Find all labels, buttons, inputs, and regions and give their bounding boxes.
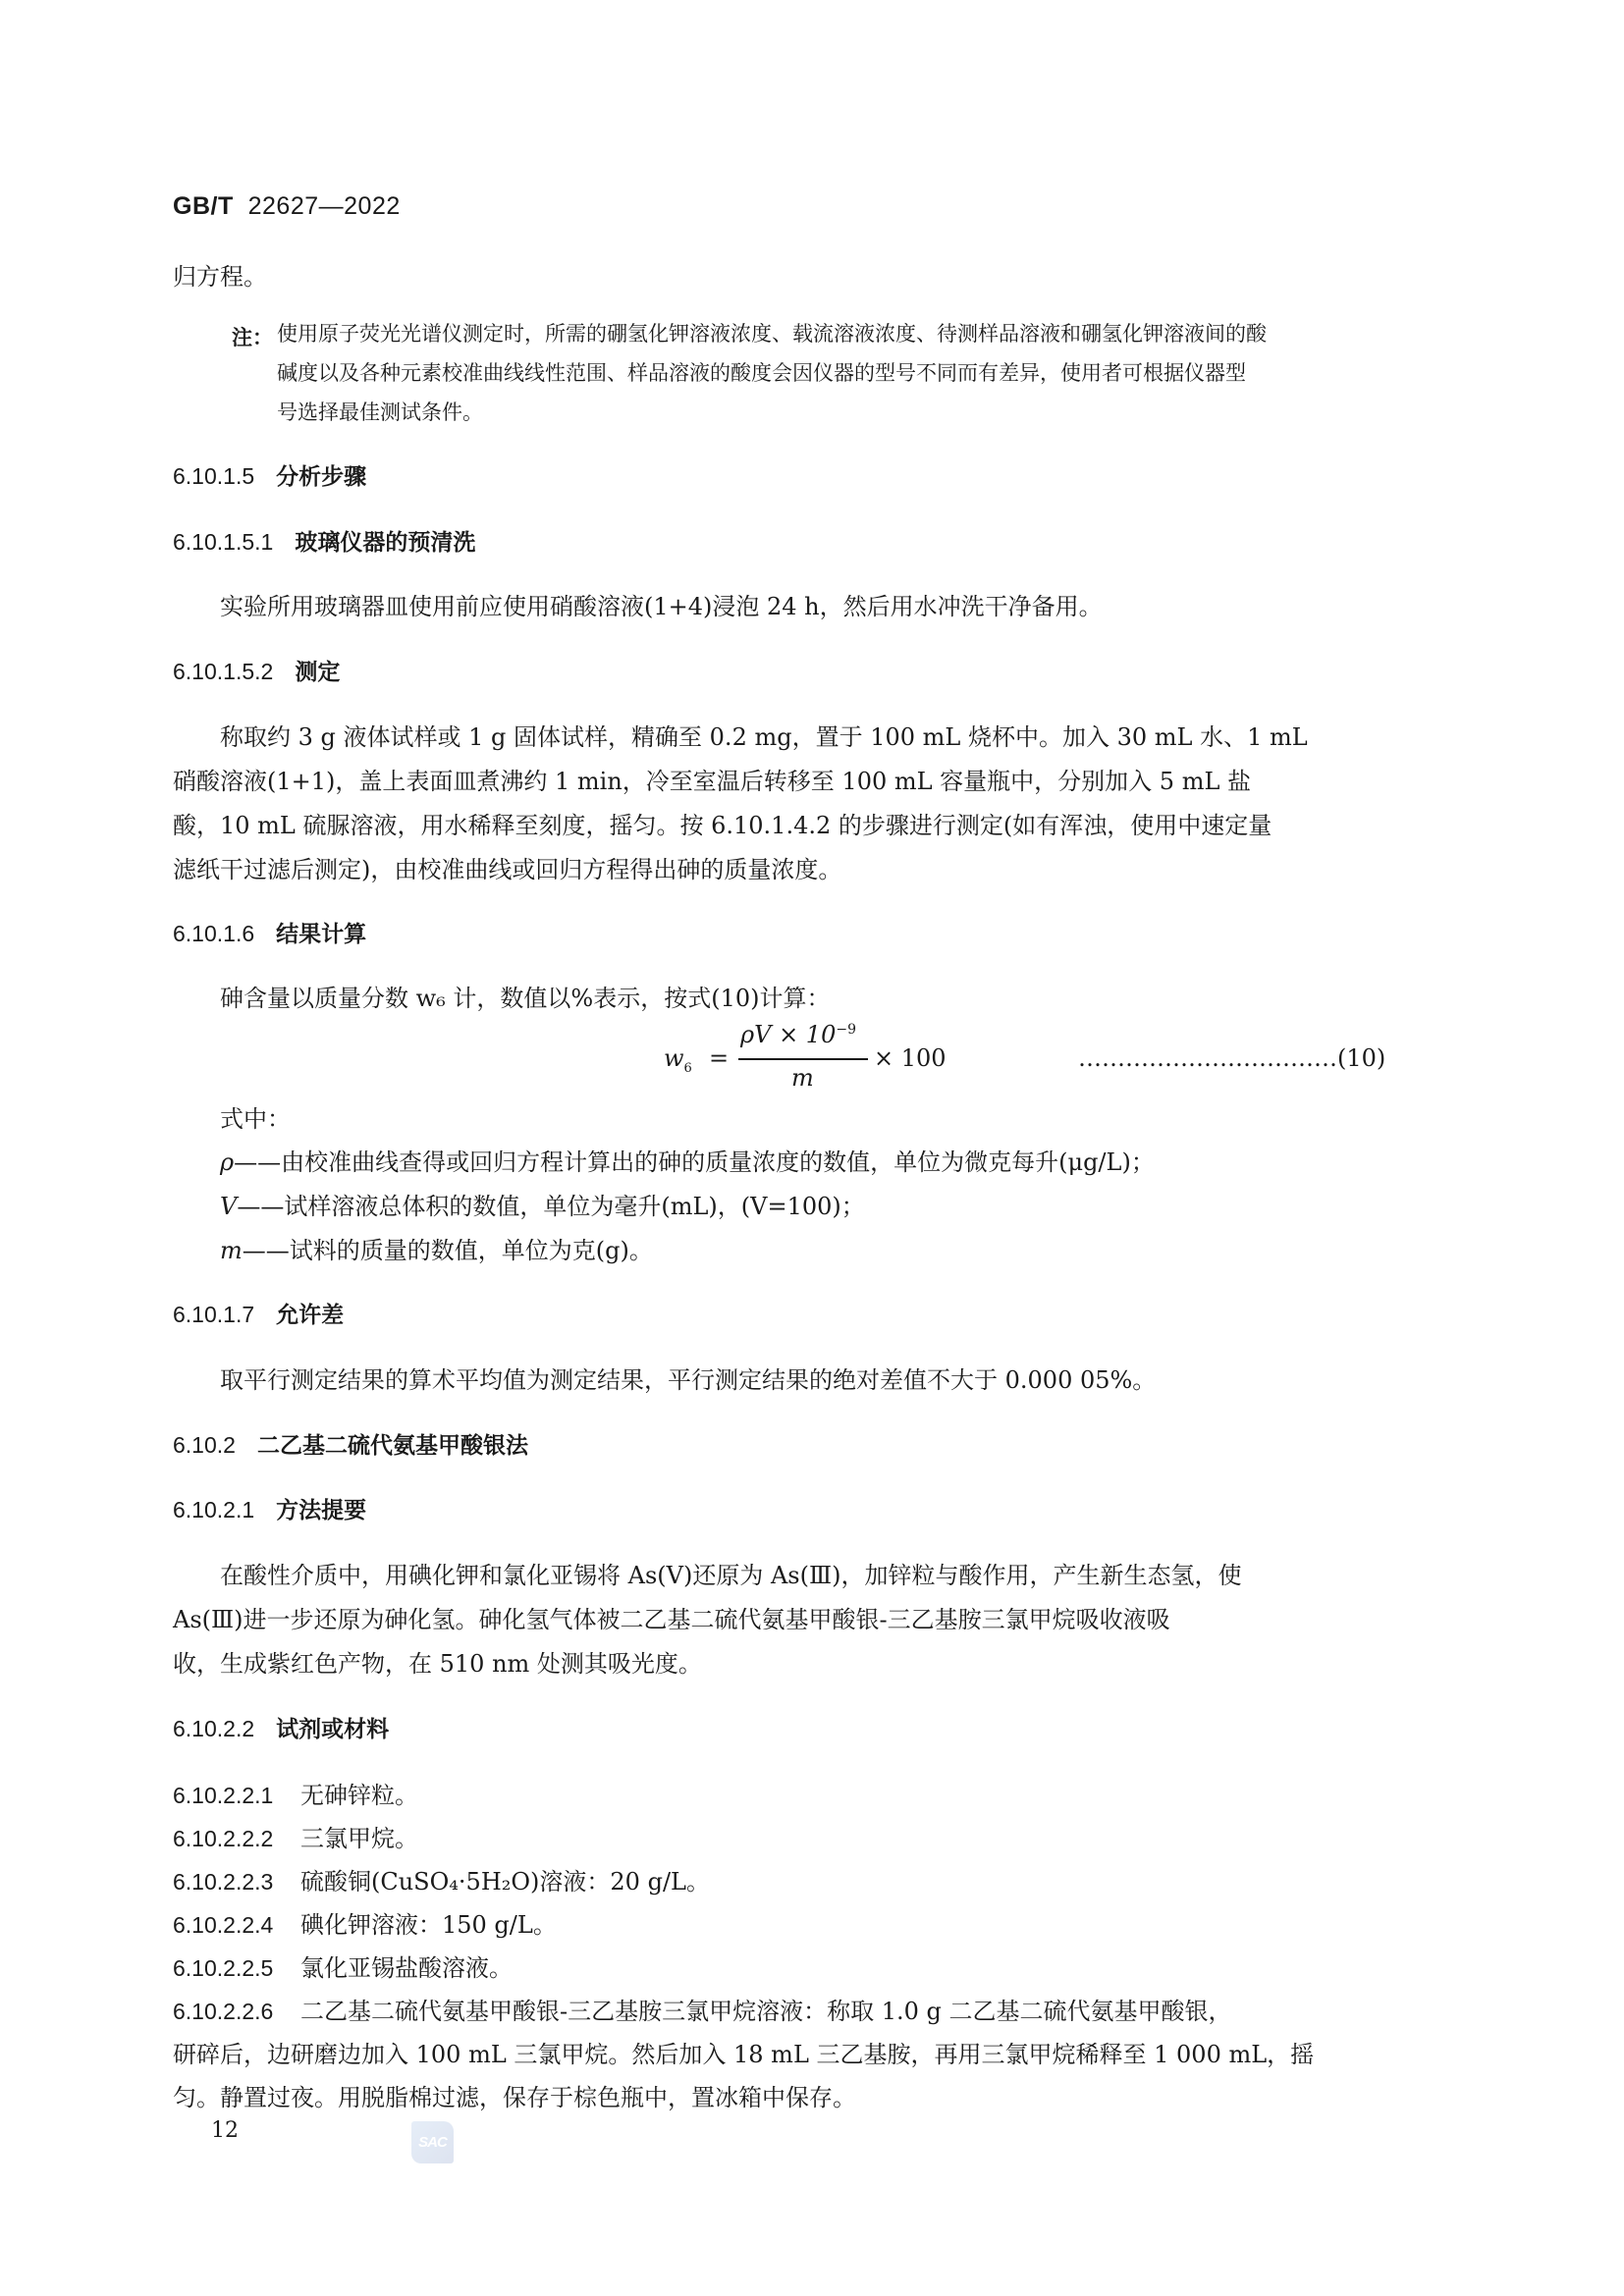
- section-number: 6.10.2.2: [173, 1713, 254, 1744]
- section-title: 玻璃仪器的预清洗: [295, 530, 475, 556]
- heading-6-10-1-7: 6.10.1.7允许差: [173, 1299, 344, 1331]
- section-number: 6.10.1.5.2: [173, 656, 273, 687]
- paragraph-principle-line-1: 在酸性介质中，用碘化钾和氯化亚锡将 As(Ⅴ)还原为 As(Ⅲ)，加锌粒与酸作用…: [220, 1560, 1241, 1591]
- note-line-3: 号选择最佳测试条件。: [277, 399, 483, 426]
- formula-10: w6 = ρV × 10−9 m × 100: [664, 1021, 958, 1099]
- formula-intro: 砷含量以质量分数 w₆ 计，数值以%表示，按式(10)计算：: [220, 983, 831, 1014]
- paragraph-principle-line-2: As(Ⅲ)进一步还原为砷化氢。砷化氢气体被二乙基二硫代氨基甲酸银-三乙基胺三氯甲…: [173, 1604, 1170, 1635]
- reagent-item-2: 6.10.2.2.2三氯甲烷。: [173, 1823, 418, 1854]
- definition-v: V——试样溶液总体积的数值，单位为毫升(mL)，(V=100)；: [220, 1191, 865, 1222]
- heading-6-10-1-5: 6.10.1.5分析步骤: [173, 460, 366, 493]
- reagent-item-5: 6.10.2.2.5氯化亚锡盐酸溶液。: [173, 1952, 513, 1984]
- heading-6-10-2: 6.10.2二乙基二硫代氨基甲酸银法: [173, 1429, 528, 1462]
- heading-6-10-2-2: 6.10.2.2试剂或材料: [173, 1713, 389, 1745]
- section-number: 6.10.1.6: [173, 918, 254, 949]
- formula-numerator: ρV × 10−9: [740, 1021, 856, 1048]
- paragraph-prewash: 实验所用玻璃器皿使用前应使用硝酸溶液(1+4)浸泡 24 h，然后用水冲洗干净备…: [220, 591, 1103, 622]
- section-title: 允许差: [276, 1303, 344, 1328]
- section-number: 6.10.1.7: [173, 1299, 254, 1330]
- formula-equals: =: [709, 1044, 729, 1072]
- fraction-bar: [738, 1058, 868, 1060]
- definition-m: m——试料的质量的数值，单位为克(g)。: [220, 1235, 653, 1266]
- paragraph-principle-line-3: 收，生成紫红色产物，在 510 nm 处测其吸光度。: [173, 1648, 702, 1680]
- std-number: 22627—2022: [248, 192, 401, 220]
- formula-multiplier: × 100: [874, 1044, 947, 1072]
- reagent-item-4: 6.10.2.2.4碘化钾溶液：150 g/L。: [173, 1909, 557, 1941]
- definition-rho: ρ——由校准曲线查得或回归方程计算出的砷的质量浓度的数值，单位为微克每升(μg/…: [220, 1147, 1155, 1178]
- std-prefix: GB/T: [173, 192, 234, 220]
- sac-logo-watermark: SAC: [411, 2121, 454, 2163]
- paragraph-measure-line-3: 酸，10 mL 硫脲溶液，用水稀释至刻度，摇匀。按 6.10.1.4.2 的步骤…: [173, 810, 1272, 841]
- note-line-1: 使用原子荧光光谱仪测定时，所需的硼氢化钾溶液浓度、载流溶液浓度、待测样品溶液和硼…: [277, 320, 1267, 347]
- formula-lhs: w6: [664, 1044, 692, 1076]
- standard-code: GB/T 22627—2022: [173, 192, 401, 221]
- section-title: 结果计算: [276, 922, 366, 947]
- section-number: 6.10.2.1: [173, 1494, 254, 1525]
- section-title: 试剂或材料: [276, 1717, 389, 1742]
- heading-6-10-2-1: 6.10.2.1方法提要: [173, 1494, 366, 1526]
- note-label: 注：: [232, 322, 273, 351]
- section-title: 方法提要: [276, 1498, 366, 1523]
- section-number: 6.10.1.5: [173, 460, 254, 492]
- reagent-item-6-cont-1: 研碎后，边研磨边加入 100 mL 三氯甲烷。然后加入 18 mL 三乙基胺，再…: [173, 2039, 1314, 2070]
- formula-denominator: m: [791, 1064, 814, 1092]
- continuation-text: 归方程。: [173, 261, 267, 293]
- heading-6-10-1-5-2: 6.10.1.5.2测定: [173, 656, 340, 688]
- paragraph-measure-line-2: 硝酸溶液(1+1)，盖上表面皿煮沸约 1 min，冷至室温后转移至 100 mL…: [173, 766, 1251, 797]
- note-line-2: 碱度以及各种元素校准曲线线性范围、样品溶液的酸度会因仪器的型号不同而有差异，使用…: [277, 359, 1246, 387]
- where-label: 式中：: [220, 1103, 291, 1135]
- equation-number: ……………………………(10): [1078, 1044, 1385, 1072]
- document-page: GB/T 22627—2022 归方程。 注： 使用原子荧光光谱仪测定时，所需的…: [0, 0, 1624, 2296]
- section-number: 6.10.2: [173, 1429, 236, 1461]
- reagent-item-1: 6.10.2.2.1无砷锌粒。: [173, 1780, 418, 1811]
- paragraph-measure-line-4: 滤纸干过滤后测定)，由校准曲线或回归方程得出砷的质量浓度。: [173, 854, 841, 885]
- page-number: 12: [211, 2118, 239, 2143]
- section-title: 二乙基二硫代氨基甲酸银法: [257, 1433, 528, 1459]
- paragraph-tolerance: 取平行测定结果的算术平均值为测定结果，平行测定结果的绝对差值不大于 0.000 …: [220, 1364, 1156, 1396]
- reagent-item-6-cont-2: 匀。静置过夜。用脱脂棉过滤，保存于棕色瓶中，置冰箱中保存。: [173, 2082, 856, 2113]
- section-title: 测定: [295, 660, 340, 685]
- heading-6-10-1-5-1: 6.10.1.5.1玻璃仪器的预清洗: [173, 526, 475, 559]
- paragraph-measure-line-1: 称取约 3 g 液体试样或 1 g 固体试样，精确至 0.2 mg，置于 100…: [220, 721, 1308, 753]
- heading-6-10-1-6: 6.10.1.6结果计算: [173, 918, 366, 950]
- section-title: 分析步骤: [276, 464, 366, 490]
- reagent-item-3: 6.10.2.2.3硫酸铜(CuSO₄·5H₂O)溶液：20 g/L。: [173, 1866, 710, 1897]
- section-number: 6.10.1.5.1: [173, 526, 273, 558]
- reagent-item-6: 6.10.2.2.6二乙基二硫代氨基甲酸银-三乙基胺三氯甲烷溶液：称取 1.0 …: [173, 1996, 1232, 2027]
